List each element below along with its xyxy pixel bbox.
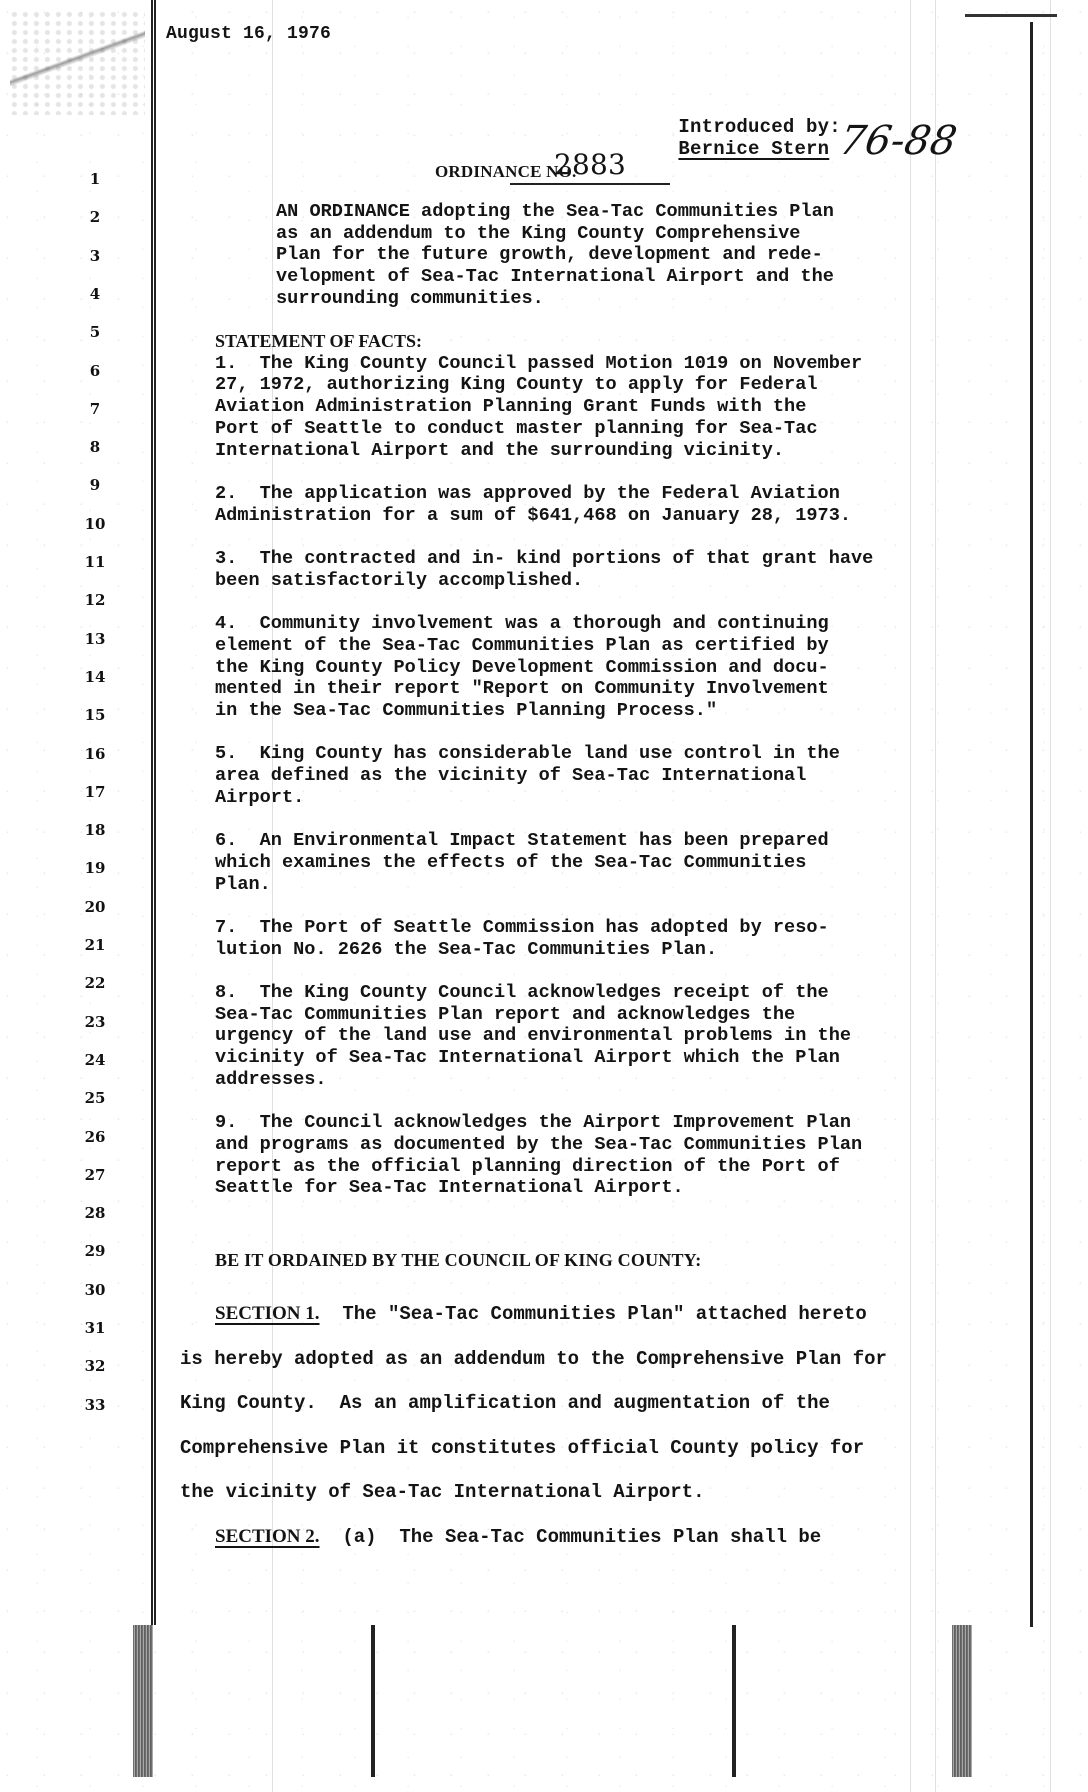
line-number: 9 <box>70 476 120 494</box>
sponsor-name: Bernice Stern <box>678 138 829 160</box>
fact-paragraph: 3. The contracted and in- kind portions … <box>215 548 873 591</box>
fact-line: 3. The contracted and in- kind portions … <box>215 548 873 570</box>
right-margin-rule <box>1030 22 1033 1627</box>
left-margin-rule <box>151 0 156 1625</box>
line-number: 1 <box>70 170 120 188</box>
fact-paragraph: 5. King County has considerable land use… <box>215 743 873 808</box>
section-1-line: Comprehensive Plan it constitutes offici… <box>180 1426 887 1471</box>
line-number: 27 <box>70 1166 120 1184</box>
line-number: 20 <box>70 898 120 916</box>
document-date: August 16, 1976 <box>166 24 331 44</box>
fact-paragraph: 8. The King County Council acknowledges … <box>215 982 873 1091</box>
section-1-line: King County. As an amplification and aug… <box>180 1381 887 1426</box>
scan-bar <box>371 1625 375 1777</box>
statement-of-facts: STATEMENT OF FACTS: 1. The King County C… <box>215 331 873 1199</box>
line-number: 18 <box>70 821 120 839</box>
section-1-label: SECTION 1. <box>215 1303 320 1324</box>
line-number: 13 <box>70 630 120 648</box>
line-number: 25 <box>70 1089 120 1107</box>
enacting-clause: BE IT ORDAINED BY THE COUNCIL OF KING CO… <box>215 1250 701 1271</box>
line-number: 14 <box>70 668 120 686</box>
fact-line: and programs as documented by the Sea-Ta… <box>215 1134 873 1156</box>
fact-line: addresses. <box>215 1069 873 1091</box>
fact-line: 1. The King County Council passed Motion… <box>215 353 873 375</box>
document-page: 1234567891011121314151617181920212223242… <box>0 0 1088 1792</box>
fact-line: urgency of the land use and environmenta… <box>215 1025 873 1047</box>
fact-line: 7. The Port of Seattle Commission has ad… <box>215 917 873 939</box>
section-2-first-line: SECTION 2. (a) The Sea-Tac Communities P… <box>180 1515 887 1560</box>
line-number: 11 <box>70 553 120 571</box>
fact-line: element of the Sea-Tac Communities Plan … <box>215 635 873 657</box>
line-number: 10 <box>70 515 120 533</box>
fact-line: 8. The King County Council acknowledges … <box>215 982 873 1004</box>
scan-bar <box>732 1625 736 1777</box>
scan-edge-smudge <box>952 1625 972 1777</box>
line-number: 23 <box>70 1013 120 1031</box>
fact-line: Airport. <box>215 787 873 809</box>
fact-paragraph: 2. The application was approved by the F… <box>215 483 873 526</box>
fact-paragraph: 6. An Environmental Impact Statement has… <box>215 830 873 895</box>
paragraph-gap <box>215 526 873 548</box>
section-2-label: SECTION 2. <box>215 1526 320 1547</box>
right-corner-mark <box>965 14 1057 17</box>
fact-line: Port of Seattle to conduct master planni… <box>215 418 873 440</box>
fact-line: Sea-Tac Communities Plan report and ackn… <box>215 1004 873 1026</box>
line-number: 2 <box>70 208 120 226</box>
fact-line: been satisfactorily accomplished. <box>215 570 873 592</box>
line-number: 31 <box>70 1319 120 1337</box>
scan-streak <box>910 0 911 1792</box>
line-number: 33 <box>70 1396 120 1414</box>
fact-line: which examines the effects of the Sea-Ta… <box>215 852 873 874</box>
line-number: 4 <box>70 285 120 303</box>
line-number: 30 <box>70 1281 120 1299</box>
scan-blot-mark <box>10 10 145 115</box>
line-number: 32 <box>70 1357 120 1375</box>
fact-paragraph: 1. The King County Council passed Motion… <box>215 353 873 462</box>
line-number: 17 <box>70 783 120 801</box>
title-line: Plan for the future growth, development … <box>276 244 834 266</box>
line-number: 19 <box>70 859 120 877</box>
line-number: 26 <box>70 1128 120 1146</box>
paragraph-gap <box>215 960 873 982</box>
line-number: 6 <box>70 362 120 380</box>
line-number: 8 <box>70 438 120 456</box>
ordinance-number: 2883 <box>510 148 670 185</box>
section-1-first-line: SECTION 1. The "Sea-Tac Communities Plan… <box>180 1292 887 1337</box>
fact-line: in the Sea-Tac Communities Planning Proc… <box>215 700 873 722</box>
fact-line: 6. An Environmental Impact Statement has… <box>215 830 873 852</box>
section-2-text: (a) The Sea-Tac Communities Plan shall b… <box>320 1526 822 1548</box>
fact-line: 9. The Council acknowledges the Airport … <box>215 1112 873 1134</box>
line-number: 24 <box>70 1051 120 1069</box>
fact-line: vicinity of Sea-Tac International Airpor… <box>215 1047 873 1069</box>
handwritten-number: 76-88 <box>836 118 960 164</box>
fact-line: Seattle for Sea-Tac International Airpor… <box>215 1177 873 1199</box>
section-1-line: the vicinity of Sea-Tac International Ai… <box>180 1470 887 1515</box>
fact-line: 27, 1972, authorizing King County to app… <box>215 374 873 396</box>
fact-line: area defined as the vicinity of Sea-Tac … <box>215 765 873 787</box>
fact-line: International Airport and the surroundin… <box>215 440 873 462</box>
section-1-line: is hereby adopted as an addendum to the … <box>180 1337 887 1382</box>
line-number: 28 <box>70 1204 120 1222</box>
title-line: velopment of Sea-Tac International Airpo… <box>276 266 834 288</box>
line-number: 12 <box>70 591 120 609</box>
title-line: AN ORDINANCE adopting the Sea-Tac Commun… <box>276 201 834 223</box>
line-number: 21 <box>70 936 120 954</box>
scan-edge-smudge <box>133 1625 153 1777</box>
fact-line: report as the official planning directio… <box>215 1156 873 1178</box>
fact-line: lution No. 2626 the Sea-Tac Communities … <box>215 939 873 961</box>
line-number: 15 <box>70 706 120 724</box>
title-line: as an addendum to the King County Compre… <box>276 223 834 245</box>
line-number: 29 <box>70 1242 120 1260</box>
ordinance-sections: SECTION 1. The "Sea-Tac Communities Plan… <box>180 1292 887 1560</box>
paragraph-gap <box>215 808 873 830</box>
fact-paragraph: 4. Community involvement was a thorough … <box>215 613 873 722</box>
paragraph-gap <box>215 722 873 744</box>
introduced-by-label: Introduced by: <box>678 116 840 138</box>
fact-line: 4. Community involvement was a thorough … <box>215 613 873 635</box>
line-number: 7 <box>70 400 120 418</box>
title-line: surrounding communities. <box>276 288 834 310</box>
section-1-text: The "Sea-Tac Communities Plan" attached … <box>320 1303 867 1325</box>
fact-paragraph: 7. The Port of Seattle Commission has ad… <box>215 917 873 960</box>
fact-paragraph: 9. The Council acknowledges the Airport … <box>215 1112 873 1199</box>
line-number: 3 <box>70 247 120 265</box>
fact-line: mented in their report "Report on Commun… <box>215 678 873 700</box>
paragraph-gap <box>215 1091 873 1113</box>
fact-line: the King County Policy Development Commi… <box>215 657 873 679</box>
paragraph-gap <box>215 591 873 613</box>
scan-streak <box>1050 0 1051 1792</box>
fact-line: 2. The application was approved by the F… <box>215 483 873 505</box>
fact-line: 5. King County has considerable land use… <box>215 743 873 765</box>
facts-heading: STATEMENT OF FACTS: <box>215 331 873 353</box>
fact-line: Administration for a sum of $641,468 on … <box>215 505 873 527</box>
line-number: 5 <box>70 323 120 341</box>
fact-line: Aviation Administration Planning Grant F… <box>215 396 873 418</box>
ordinance-title: AN ORDINANCE adopting the Sea-Tac Commun… <box>276 201 834 310</box>
paragraph-gap <box>215 895 873 917</box>
line-number: 16 <box>70 745 120 763</box>
scan-streak <box>935 0 936 1792</box>
line-number: 22 <box>70 974 120 992</box>
paragraph-gap <box>215 461 873 483</box>
fact-line: Plan. <box>215 874 873 896</box>
